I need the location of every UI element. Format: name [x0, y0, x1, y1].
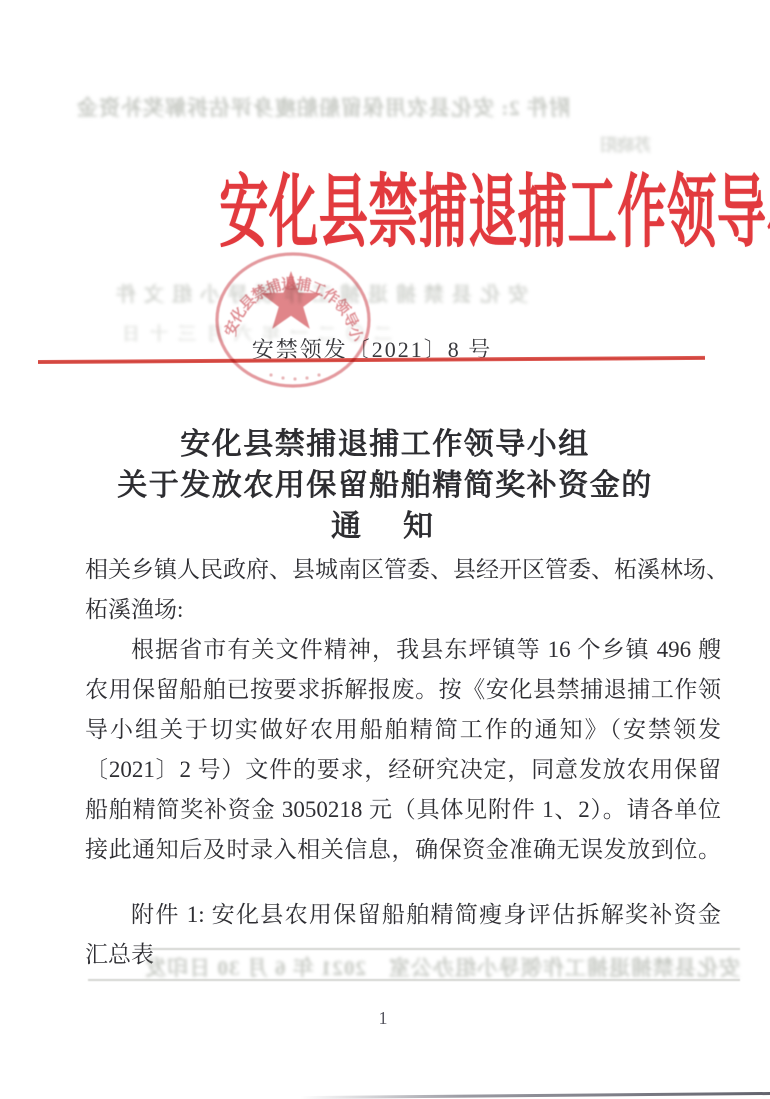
letterhead-banner: 安化县禁捕退捕工作领导小组文件: [0, 168, 770, 256]
page-number: 1: [0, 1008, 770, 1029]
bleedthrough-rule-top: [150, 948, 740, 950]
body-line-5: 船舶精简奖补资金 3050218 元（具体见附件 1、2）。请各单位: [85, 790, 721, 830]
body-line-2: 农用保留船舶已按要求拆解报废。按《安化县禁捕退捕工作领: [85, 670, 721, 710]
notice-title-line-1: 安化县禁捕退捕工作领导小组: [0, 419, 770, 463]
bleedthrough-top-line: 附件 2: 安化县农用保留船舶瘦身评估拆解奖补资金: [100, 92, 570, 122]
attachment-line-2: 汇总表: [85, 935, 721, 975]
recipients-line-2: 柘溪渔场:: [85, 590, 721, 630]
body-line-4: 〔2021〕2 号）文件的要求，经研究决定，同意发放农用保留: [85, 750, 721, 790]
notice-title-line-2: 关于发放农用保留船舶精简奖补资金的: [0, 460, 770, 504]
scan-edge-artifact: [300, 1092, 770, 1099]
body-line-6: 接此通知后及时录入相关信息，确保资金准确无误发放到位。: [85, 830, 721, 870]
bleedthrough-rule-bottom: [88, 979, 740, 981]
body-line-1: 根据省市有关文件精神，我县东坪镇等 16 个乡镇 496 艘: [85, 630, 721, 670]
attachment-line-1: 附件 1: 安化县农用保留船舶精简瘦身评估拆解奖补资金: [85, 895, 721, 935]
recipients-line-1: 相关乡镇人民政府、县城南区管委、县经开区管委、柘溪林场、: [85, 550, 721, 590]
scanned-official-document: { "doc": { "letterhead": "安化县禁捕退捕工作领导小组文…: [0, 0, 770, 1099]
body-line-3: 导小组关于切实做好农用船舶精简工作的通知》（安禁领发: [85, 710, 721, 750]
letterhead-title: 安化县禁捕退捕工作领导小组文件: [219, 168, 770, 258]
official-seal: 安化县禁捕退捕工作领导小组: [209, 247, 377, 393]
bleedthrough-top-fragment: 苏晓阳: [600, 131, 651, 156]
seal-bottom-marks: [269, 373, 320, 380]
notice-title-line-3: 通 知: [0, 501, 770, 545]
